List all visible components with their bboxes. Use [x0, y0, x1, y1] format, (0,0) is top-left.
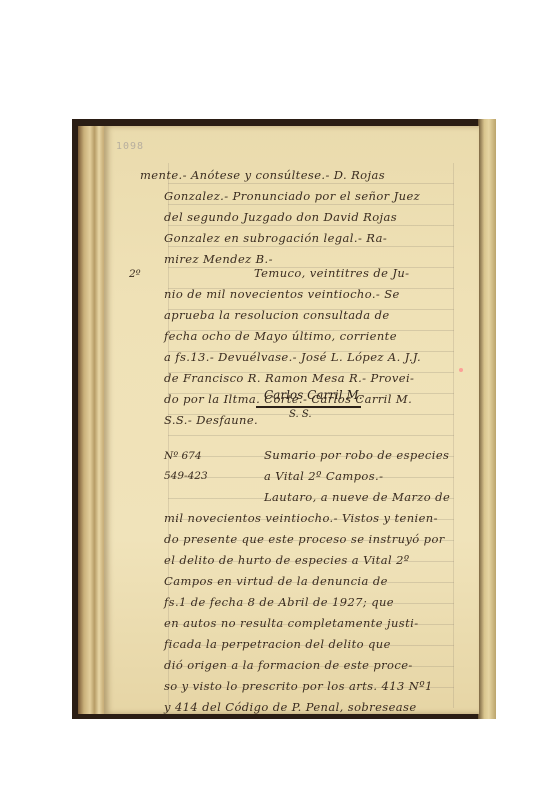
text-line: del segundo Juzgado don David Rojas — [164, 210, 464, 224]
text-line: S.S.- Desfaune. — [164, 413, 464, 427]
book-right-edge — [478, 119, 496, 719]
text-line: do presente que este proceso se instruyó… — [164, 532, 464, 546]
reflection-dot — [459, 368, 463, 372]
text-line: Gonzalez.- Pronunciado por el señor Juez — [164, 189, 464, 203]
text-line: dió origen a la formacion de este proce- — [164, 658, 464, 672]
text-line: mente.- Anótese y consúltese.- D. Rojas — [140, 168, 440, 182]
ledger-page: 1098 mente.- Anótese y consúltese.- D. R… — [104, 126, 479, 714]
text-line: y 414 del Código de P. Penal, sobresease — [164, 700, 464, 714]
text-line: Temuco, veintitres de Ju- — [254, 266, 533, 280]
text-line: ficada la perpetracion del delito que — [164, 637, 464, 651]
page-number-stamp: 1098 — [116, 141, 144, 152]
signature-underline — [256, 406, 361, 408]
handwritten-text: mente.- Anótese y consúltese.- D. Rojas … — [144, 126, 464, 714]
text-line: Gonzalez en subrogación legal.- Ra- — [164, 231, 464, 245]
text-line: de Francisco R. Ramon Mesa R.- Provei- — [164, 371, 464, 385]
margin-reference: 549-423 — [164, 470, 208, 482]
text-line: Campos en virtud de la denuncia de — [164, 574, 464, 588]
margin-case-number: Nº 674 — [164, 450, 202, 462]
signature: Carlos Carril M. — [264, 388, 363, 402]
text-line: Lautaro, a nueve de Marzo de — [264, 490, 533, 504]
signature-subtitle: S. S. — [289, 409, 312, 420]
text-line: nio de mil novecientos veintiocho.- Se — [164, 287, 464, 301]
text-line: mil novecientos veintiocho.- Vistos y te… — [164, 511, 464, 525]
text-line: so y visto lo prescrito por los arts. 41… — [164, 679, 464, 693]
text-line: el delito de hurto de especies a Vital 2… — [164, 553, 464, 567]
entry-title-line: a Vital 2º Campos.- — [264, 469, 533, 483]
margin-number: 2º — [129, 268, 141, 280]
text-line: a fs.13.- Devuélvase.- José L. López A. … — [164, 350, 464, 364]
text-line: fecha ocho de Mayo último, corriente — [164, 329, 464, 343]
text-line: mirez Mendez B.- — [164, 252, 464, 266]
text-line: fs.1 de fecha 8 de Abril de 1927; que — [164, 595, 464, 609]
text-line: en autos no resulta completamente justi- — [164, 616, 464, 630]
text-line: aprueba la resolucion consultada de — [164, 308, 464, 322]
entry-title-line: Sumario por robo de especies — [264, 448, 533, 462]
